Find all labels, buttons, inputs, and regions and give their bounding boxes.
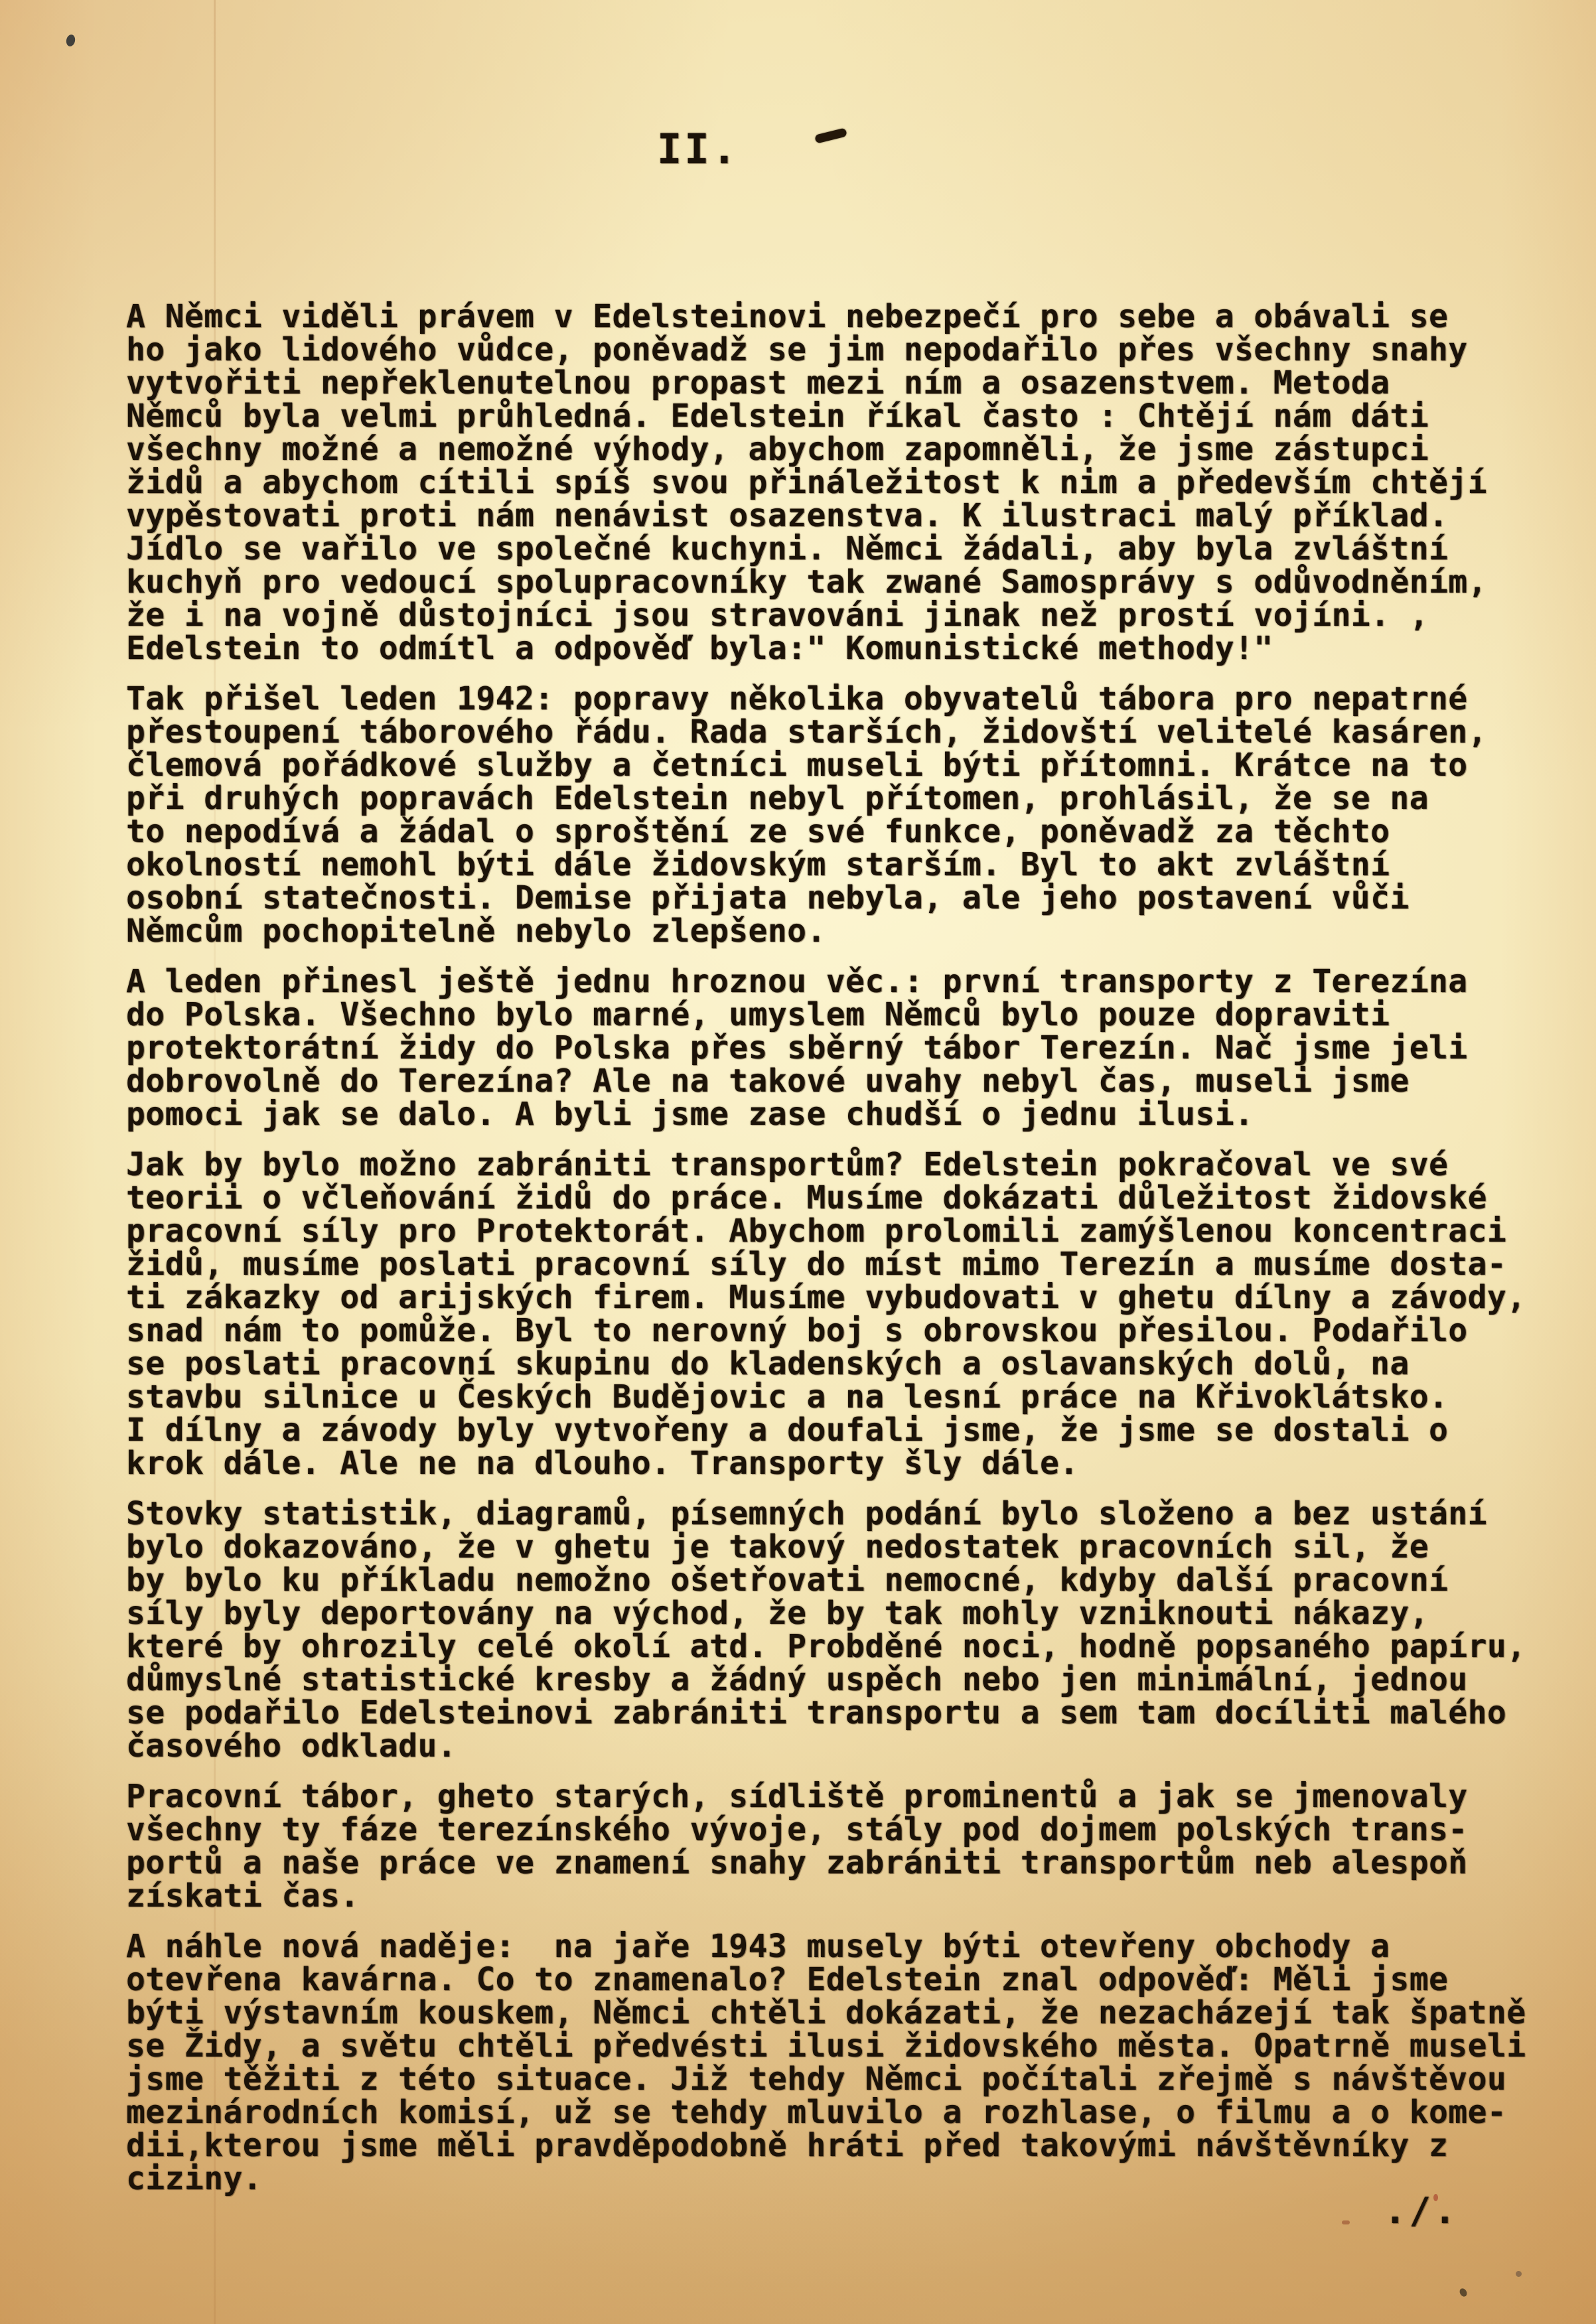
ink-speck — [1458, 2287, 1468, 2297]
paragraph: Stovky statistik, diagramů, písemných po… — [126, 1497, 1573, 1763]
ink-dash-mark — [814, 127, 847, 143]
typed-text-block: A Němci viděli právem v Edelsteinovi neb… — [126, 300, 1573, 2213]
paragraph: A náhle nová naděje: na jaře 1943 musely… — [126, 1930, 1573, 2195]
paragraph: A Němci viděli právem v Edelsteinovi neb… — [126, 300, 1573, 665]
ink-speck — [65, 34, 76, 47]
continuation-mark: ./. — [1384, 2190, 1459, 2232]
paragraph: A leden přinesl ještě jednu hroznou věc.… — [126, 965, 1573, 1131]
paragraph: Pracovní tábor, gheto starých, sídliště … — [126, 1780, 1573, 1913]
paragraph: Jak by bylo možno zabrániti transportům?… — [126, 1148, 1573, 1480]
paragraph: Tak přišel leden 1942: popravy několika … — [126, 682, 1573, 948]
ink-speck — [1516, 2271, 1522, 2277]
scanned-typewritten-page: II. A Němci viděli právem v Edelsteinovi… — [0, 0, 1596, 2324]
ink-speck — [1342, 2220, 1350, 2224]
page-number: II. — [657, 125, 739, 173]
ink-speck — [1433, 2194, 1438, 2201]
